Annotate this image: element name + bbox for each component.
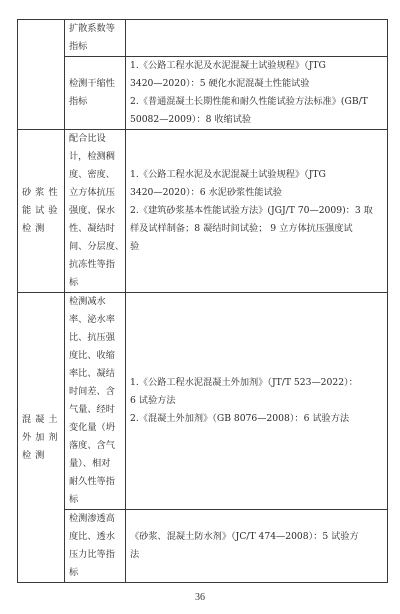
indicator-text: 立方体抗压 (69, 184, 121, 202)
method-text: 1.《公路工程水泥及水泥混凝土试验规程》（JTG (130, 57, 383, 75)
indicator-text: 度比、透水 (69, 528, 121, 546)
method-text: 6 试验方法 (130, 392, 383, 410)
method-text: 2.《普通混凝土长期性能和耐久性能试验方法标准》(GB/T (130, 93, 383, 111)
indicator-text: 扩散系数等 (69, 20, 121, 38)
document-page: 扩散系数等 指标 检测干缩性 指标 1.《公路工程水泥及水泥混凝土试验规程》（J… (0, 0, 400, 614)
indicator-text: 量）、相对 (69, 455, 121, 473)
indicator-text: 标 (69, 274, 121, 292)
method-text: 法 (130, 546, 383, 564)
table-row: 混凝土 外加剂 检测 检测减水 率、泌水率 比、抗压强 度比、收缩 率比、凝结 … (18, 293, 388, 510)
indicator-cell: 检测渗透高 度比、透水 压力比等指 标 (65, 510, 126, 583)
indicator-text: 性、凝结时 (69, 220, 121, 238)
indicator-text: 率比、凝结 (69, 365, 121, 383)
page-number: 36 (0, 592, 400, 603)
indicator-cell: 检测干缩性 指标 (65, 57, 126, 130)
method-text: 3420—2020）：5 硬化水泥混凝土性能试验 (130, 75, 383, 93)
indicator-text: 度、密度、 (69, 166, 121, 184)
method-cell: 1.《公路工程水泥及水泥混凝土试验规程》（JTG 3420—2020）：5 硬化… (126, 57, 388, 130)
indicator-text: 指标 (69, 93, 121, 111)
indicator-text: 抗冻性等指 (69, 256, 121, 274)
table-row: 检测渗透高 度比、透水 压力比等指 标 《砂浆、混凝土防水剂》（JC/T 474… (18, 510, 388, 583)
category-cell: 砂浆性 能试验 检测 (18, 130, 65, 293)
method-text: 1.《公路工程水泥混凝土外加剂》（JT/T 523—2022）： (130, 374, 383, 392)
indicator-text: 变化量（坍 (69, 419, 121, 437)
method-cell: 《砂浆、混凝土防水剂》（JC/T 474—2008）：5 试验方 法 (126, 510, 388, 583)
table-row: 扩散系数等 指标 (18, 20, 388, 57)
method-text: 验 (130, 238, 383, 256)
indicator-cell: 检测减水 率、泌水率 比、抗压强 度比、收缩 率比、凝结 时间差、含 气量、经时… (65, 293, 126, 510)
indicator-text: 指标 (69, 38, 121, 56)
indicator-text: 间、分层度、 (69, 238, 121, 256)
method-text: 1.《公路工程水泥及水泥混凝土试验规程》（JTG (130, 166, 383, 184)
indicator-text: 强度、保水 (69, 202, 121, 220)
indicator-text: 比、抗压强 (69, 329, 121, 347)
method-cell (126, 20, 388, 57)
indicator-text: 计，检测稠 (69, 148, 121, 166)
method-text: 2.《建筑砂浆基本性能试验方法》(JGJ/T 70—2009)：3 取 (130, 202, 383, 220)
indicator-text: 配合比设 (69, 130, 121, 148)
category-text: 检测 (22, 220, 60, 238)
indicator-text: 标 (69, 491, 121, 509)
method-text: 《砂浆、混凝土防水剂》（JC/T 474—2008）：5 试验方 (130, 528, 383, 546)
indicator-text: 检测渗透高 (69, 510, 121, 528)
indicator-text: 落度、含气 (69, 437, 121, 455)
method-cell: 1.《公路工程水泥混凝土外加剂》（JT/T 523—2022）： 6 试验方法 … (126, 293, 388, 510)
indicator-text: 度比、收缩 (69, 347, 121, 365)
method-cell: 1.《公路工程水泥及水泥混凝土试验规程》（JTG 3420—2020）：6 水泥… (126, 130, 388, 293)
indicator-cell: 配合比设 计，检测稠 度、密度、 立方体抗压 强度、保水 性、凝结时 间、分层度… (65, 130, 126, 293)
category-text: 能试验 (22, 202, 60, 220)
method-text: 2.《混凝土外加剂》（GB 8076—2008）：6 试验方法 (130, 410, 383, 428)
method-text: 50082—2009）：8 收缩试验 (130, 111, 383, 129)
indicator-cell: 扩散系数等 指标 (65, 20, 126, 57)
indicator-text: 耐久性等指 (69, 473, 121, 491)
category-cell: 混凝土 外加剂 检测 (18, 293, 65, 583)
indicator-text: 标 (69, 564, 121, 582)
table-row: 检测干缩性 指标 1.《公路工程水泥及水泥混凝土试验规程》（JTG 3420—2… (18, 57, 388, 130)
indicator-text: 气量、经时 (69, 401, 121, 419)
indicator-text: 压力比等指 (69, 546, 121, 564)
table-row: 砂浆性 能试验 检测 配合比设 计，检测稠 度、密度、 立方体抗压 强度、保水 … (18, 130, 388, 293)
category-cell (18, 20, 65, 130)
category-text: 外加剂 (22, 429, 60, 447)
category-text: 检测 (22, 447, 60, 465)
indicator-text: 检测干缩性 (69, 75, 121, 93)
category-text: 混凝土 (22, 411, 60, 429)
test-standards-table: 扩散系数等 指标 检测干缩性 指标 1.《公路工程水泥及水泥混凝土试验规程》（J… (17, 19, 388, 583)
indicator-text: 时间差、含 (69, 383, 121, 401)
method-text: 样及试样制备；8 凝结时间试验； 9 立方体抗压强度试 (130, 220, 383, 238)
indicator-text: 率、泌水率 (69, 311, 121, 329)
indicator-text: 检测减水 (69, 293, 121, 311)
category-text: 砂浆性 (22, 184, 60, 202)
method-text: 3420—2020）：6 水泥砂浆性能试验 (130, 184, 383, 202)
